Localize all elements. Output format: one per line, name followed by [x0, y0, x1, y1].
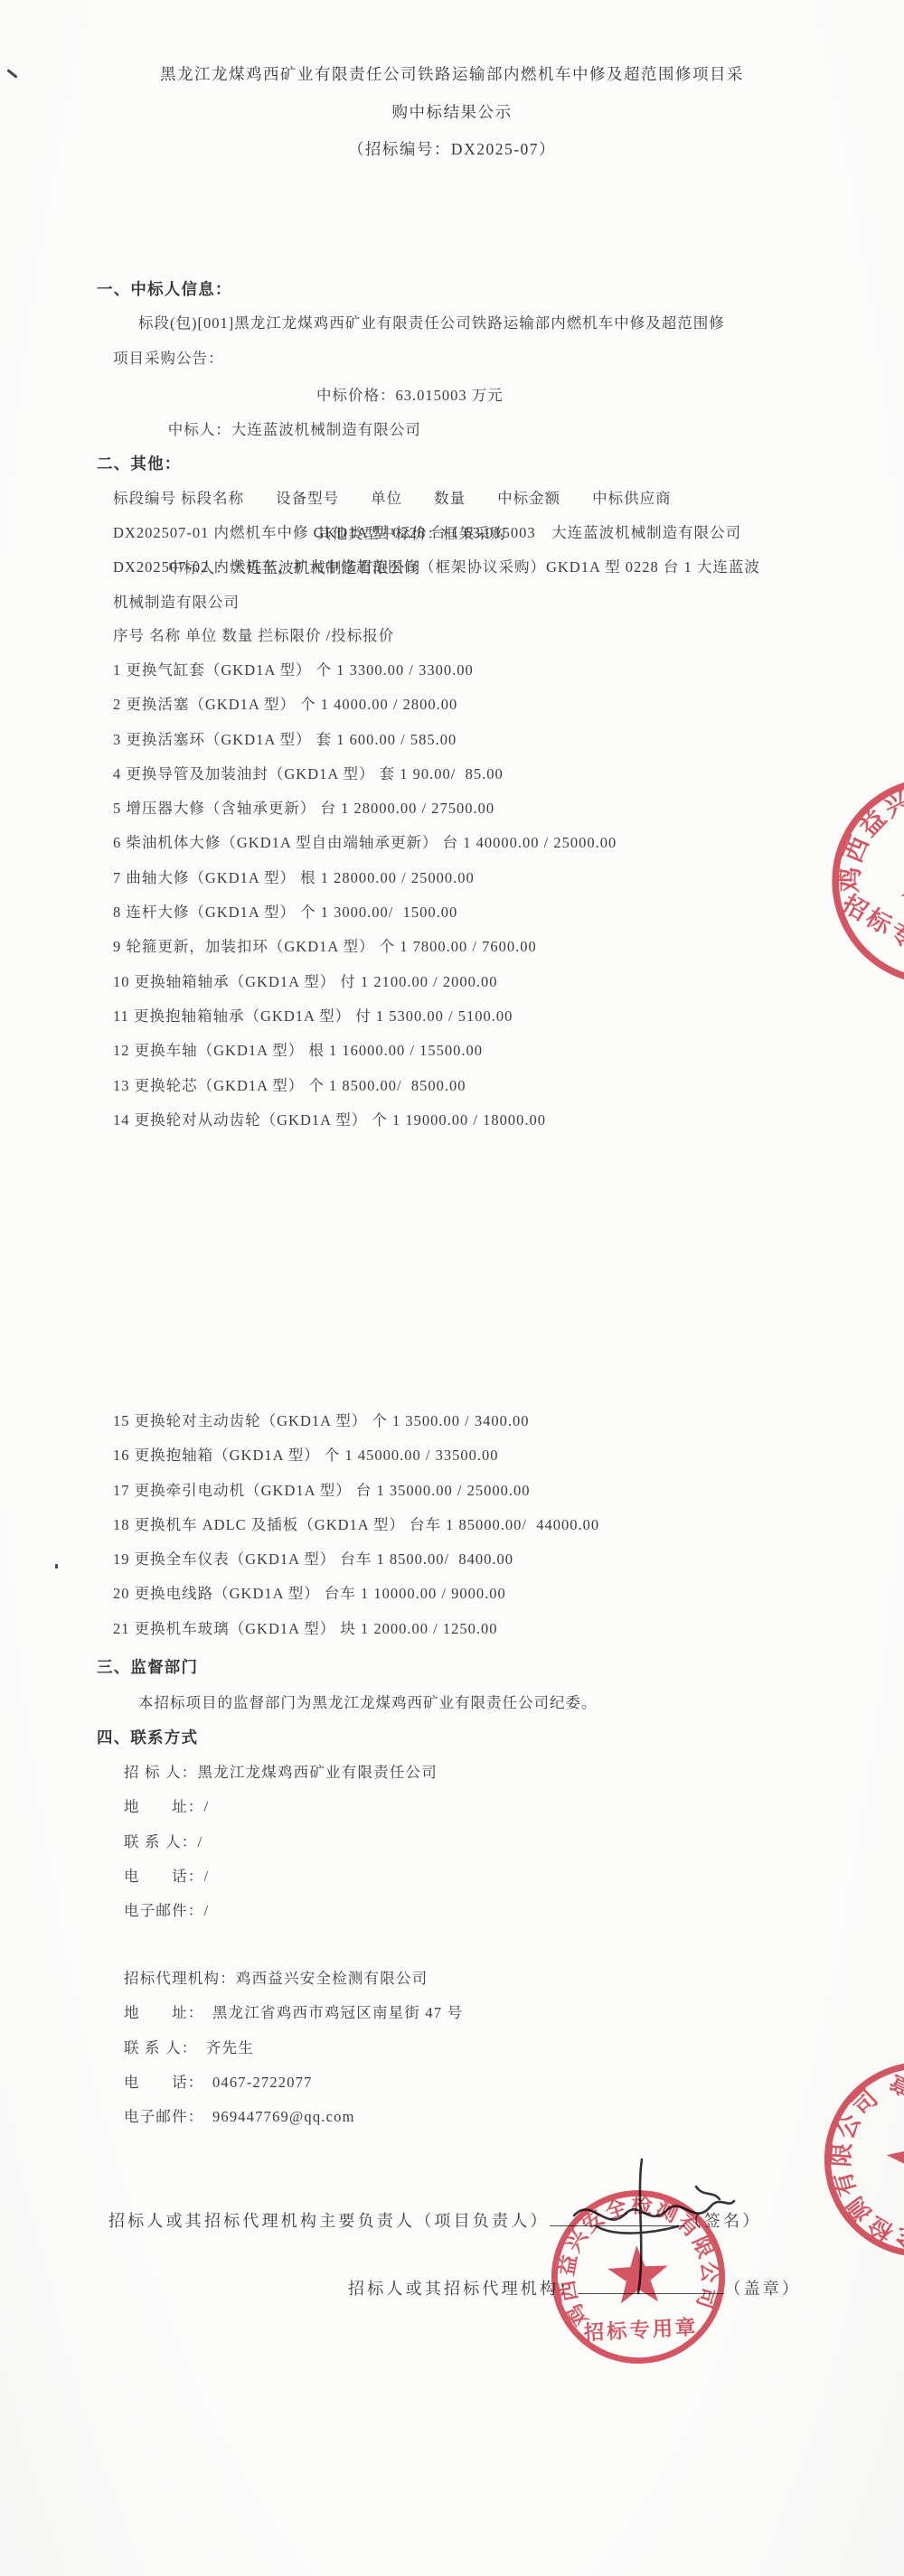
- table-row: 12 更换车轴（GKD1A 型） 根 1 16000.00 / 15500.00: [113, 1034, 617, 1068]
- table-row: 14 更换轮对从动齿轮（GKD1A 型） 个 1 19000.00 / 1800…: [113, 1103, 617, 1138]
- table-row: 5 增压器大修（含轴承更新） 台 1 28000.00 / 27500.00: [113, 792, 617, 826]
- agency-round-stamp-edge-lower: 鸡西益兴安全检测有限公司 招标专用章: [764, 2001, 904, 2318]
- title-line: （招标编号：DX2025-07）: [0, 131, 904, 169]
- table-row: 15 更换轮对主动齿轮（GKD1A 型） 个 1 3500.00 / 3400.…: [113, 1404, 599, 1438]
- winner-price: 中标价格：63.015003 万元: [316, 379, 504, 413]
- table-row: 机械制造有限公司: [113, 585, 760, 620]
- contact-row: 地 址： 黑龙江省鸡西市鸡冠区南星街 47 号: [124, 1996, 463, 2030]
- title-line: 购中标结果公示: [0, 94, 904, 132]
- table-row: 4 更换导管及加装油封（GKD1A 型） 套 1 90.00/ 85.00: [113, 757, 617, 792]
- lot-table-rows: DX202507-01 内燃机车中修 GKD1A 型 0228 台 1 63.0…: [113, 516, 760, 620]
- items-rows-page1: 1 更换气缸套（GKD1A 型） 个 1 3300.00 / 3300.002 …: [113, 653, 617, 1138]
- contact-row: 电子邮件： 969447769@qq.com: [124, 2100, 463, 2134]
- contact-row: 电 话：/: [124, 1859, 438, 1894]
- table-row: 11 更换抱轴箱轴承（GKD1A 型） 付 1 5300.00 / 5100.0…: [113, 999, 617, 1034]
- table-row: 13 更换轮芯（GKD1A 型） 个 1 8500.00/ 8500.00: [113, 1069, 617, 1103]
- signature-stroke: [638, 2159, 642, 2293]
- items-rows-page2: 15 更换轮对主动齿轮（GKD1A 型） 个 1 3500.00 / 3400.…: [113, 1404, 599, 1646]
- document-page: 黑龙江龙煤鸡西矿业有限责任公司铁路运输部内燃机车中修及超范围修项目采购中标结果公…: [0, 0, 904, 2576]
- section2-heading: 二、其他：: [97, 446, 182, 481]
- table-row: 10 更换轴箱轴承（GKD1A 型） 付 1 2100.00 / 2000.00: [113, 965, 617, 999]
- table-row: 20 更换电线路（GKD1A 型） 台车 1 10000.00 / 9000.0…: [113, 1577, 599, 1611]
- stamp-company-text: 鸡西益兴安全检测有限公司: [796, 2068, 904, 2286]
- contact-row: 地 址：/: [124, 1790, 438, 1824]
- table-row: 16 更换抱轴箱（GKD1A 型） 个 1 45000.00 / 33500.0…: [113, 1438, 599, 1473]
- signature-stroke: [696, 2187, 720, 2199]
- tenderer-contact-block: 招 标 人：黑龙江龙煤鸡西矿业有限责任公司地 址：/联 系 人：/电 话：/电子…: [124, 1756, 438, 1928]
- section1-paragraph-line1: 标段(包)[001]黑龙江龙煤鸡西矿业有限责任公司铁路运输部内燃机车中修及超范围…: [138, 306, 725, 341]
- signature-line-1-label: 招标人或其招标代理机构主要负责人（项目负责人）: [108, 2212, 550, 2230]
- agency-contact-block: 招标代理机构：鸡西益兴安全检测有限公司地 址： 黑龙江省鸡西市鸡冠区南星街 47…: [124, 1962, 463, 2134]
- table-row: DX202507-01 内燃机车中修 GKD1A 型 0228 台 1 63.0…: [113, 516, 760, 550]
- handwritten-signature: [542, 2150, 750, 2322]
- contact-row: 招 标 人：黑龙江龙煤鸡西矿业有限责任公司: [124, 1756, 438, 1790]
- table-row: 6 柴油机体大修（GKD1A 型自由端轴承更新） 台 1 40000.00 / …: [113, 826, 617, 860]
- table-row: DX202507-02 内燃机车，扩大中修超范围修（框架协议采购）GKD1A 型…: [113, 550, 760, 585]
- agency-round-stamp-edge-upper: 鸡西益兴安全检测有限公司 招标专用章: [763, 708, 904, 1054]
- stamp-caption-text: 招标专用章: [883, 2066, 904, 2145]
- lot-table-header: 标段编号 标段名称 设备型号 单位 数量 中标金额 中标供应商: [113, 482, 672, 516]
- section3-body: 本招标项目的监督部门为黑龙江龙煤鸡西矿业有限责任公司纪委。: [138, 1686, 598, 1720]
- contact-row: 联 系 人： 齐先生: [124, 2031, 463, 2065]
- document-title: 黑龙江龙煤鸡西矿业有限责任公司铁路运输部内燃机车中修及超范围修项目采购中标结果公…: [0, 56, 904, 169]
- stamp-star-icon: [889, 830, 904, 926]
- table-row: 3 更换活塞环（GKD1A 型） 套 1 600.00 / 585.00: [113, 723, 617, 757]
- items-table-header: 序号 名称 单位 数量 拦标限价 /投标报价: [113, 619, 394, 653]
- table-row: 7 曲轴大修（GKD1A 型） 根 1 28000.00 / 25000.00: [113, 861, 617, 895]
- contact-row: 招标代理机构：鸡西益兴安全检测有限公司: [124, 1962, 463, 1996]
- contact-row: 联 系 人：/: [124, 1825, 438, 1859]
- stamp-star-icon: [876, 2119, 904, 2206]
- section1-paragraph-line2: 项目采购公告：: [113, 342, 224, 376]
- table-row: 21 更换机车玻璃（GKD1A 型） 块 1 2000.00 / 1250.00: [113, 1612, 599, 1646]
- table-row: 17 更换牵引电动机（GKD1A 型） 台 1 35000.00 / 25000…: [113, 1474, 599, 1508]
- winner-name: 中标人：大连蓝波机械制造有限公司: [168, 421, 421, 438]
- contact-row: 电 话： 0467-2722077: [124, 2065, 463, 2100]
- section4-heading: 四、联系方式: [97, 1720, 198, 1755]
- table-row: 19 更换全车仪表（GKD1A 型） 台车 1 8500.00/ 8400.00: [113, 1542, 599, 1577]
- scan-speck: [55, 1564, 58, 1569]
- contact-row: 电子邮件：/: [124, 1894, 438, 1928]
- title-line: 黑龙江龙煤鸡西矿业有限责任公司铁路运输部内燃机车中修及超范围修项目采: [0, 56, 904, 94]
- table-row: 18 更换机车 ADLC 及插板（GKD1A 型） 台车 1 85000.00/…: [113, 1508, 599, 1542]
- table-row: 1 更换气缸套（GKD1A 型） 个 1 3300.00 / 3300.00: [113, 653, 617, 688]
- table-row: 9 轮箍更新，加装扣环（GKD1A 型） 个 1 7800.00 / 7600.…: [113, 930, 617, 964]
- signature-stroke: [574, 2201, 734, 2220]
- section3-heading: 三、监督部门: [97, 1650, 198, 1684]
- section1-heading: 一、中标人信息：: [97, 272, 232, 306]
- table-row: 8 连杆大修（GKD1A 型） 个 1 3000.00/ 1500.00: [113, 895, 617, 930]
- table-row: 2 更换活塞（GKD1A 型） 个 1 4000.00 / 2800.00: [113, 688, 617, 722]
- signature-stroke: [597, 2226, 678, 2234]
